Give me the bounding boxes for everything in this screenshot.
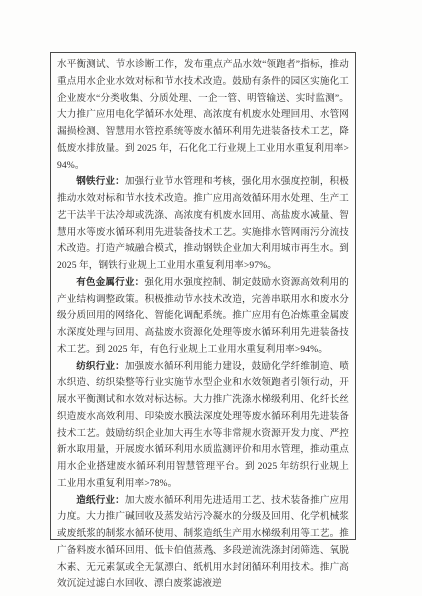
industry-heading-nonferrous: 有色金属行业：: [76, 277, 144, 288]
paragraph: 纺织行业：加强废水循环利用能力建设，鼓励化学纤维制造、喷水织造、纺织染整等行业实…: [57, 359, 349, 493]
paragraph: 有色金属行业：强化用水强度控制、制定鼓励水资源高效利用的产业结构调整政策。积极推…: [57, 275, 349, 359]
paragraph-text: 加强行业节水管理和考核，强化用水强度控制，积极推动水效对标和节水技术改造。推广应…: [57, 176, 349, 271]
paragraph: 水平衡测试、节水诊断工作，发布重点产品水效“领跑者”指标，推动重点用水企业水效对…: [57, 57, 349, 174]
paragraph-text: 加强废水循环利用能力建设，鼓励化学纤维制造、喷水织造、纺织染整等行业实施节水型企…: [57, 361, 349, 489]
industry-heading-textile: 纺织行业：: [76, 361, 125, 372]
industry-heading-paper: 造纸行业：: [76, 495, 125, 506]
text-frame: 水平衡测试、节水诊断工作，发布重点产品水效“领跑者”指标，推动重点用水企业水效对…: [50, 52, 356, 540]
document-page: 水平衡测试、节水诊断工作，发布重点产品水效“领跑者”指标，推动重点用水企业水效对…: [0, 0, 422, 596]
industry-heading-steel: 钢铁行业：: [76, 176, 125, 187]
paragraph-text: 强化用水强度控制、制定鼓励水资源高效利用的产业结构调整政策。积极推动节水技术改造…: [57, 277, 349, 355]
paragraph-text: 水平衡测试、节水诊断工作，发布重点产品水效“领跑者”指标，推动重点用水企业水效对…: [57, 59, 349, 171]
paragraph: 钢铁行业：加强行业节水管理和考核，强化用水强度控制，积极推动水效对标和节水技术改…: [57, 174, 349, 275]
page-number: 3: [0, 547, 422, 557]
paragraph-text: 加大废水循环利用先进适用工艺、技术装备推广应用力度。大力推广碱回收及蒸发站污冷凝…: [57, 495, 349, 590]
paragraph: 造纸行业：加大废水循环利用先进适用工艺、技术装备推广应用力度。大力推广碱回收及蒸…: [57, 493, 349, 594]
